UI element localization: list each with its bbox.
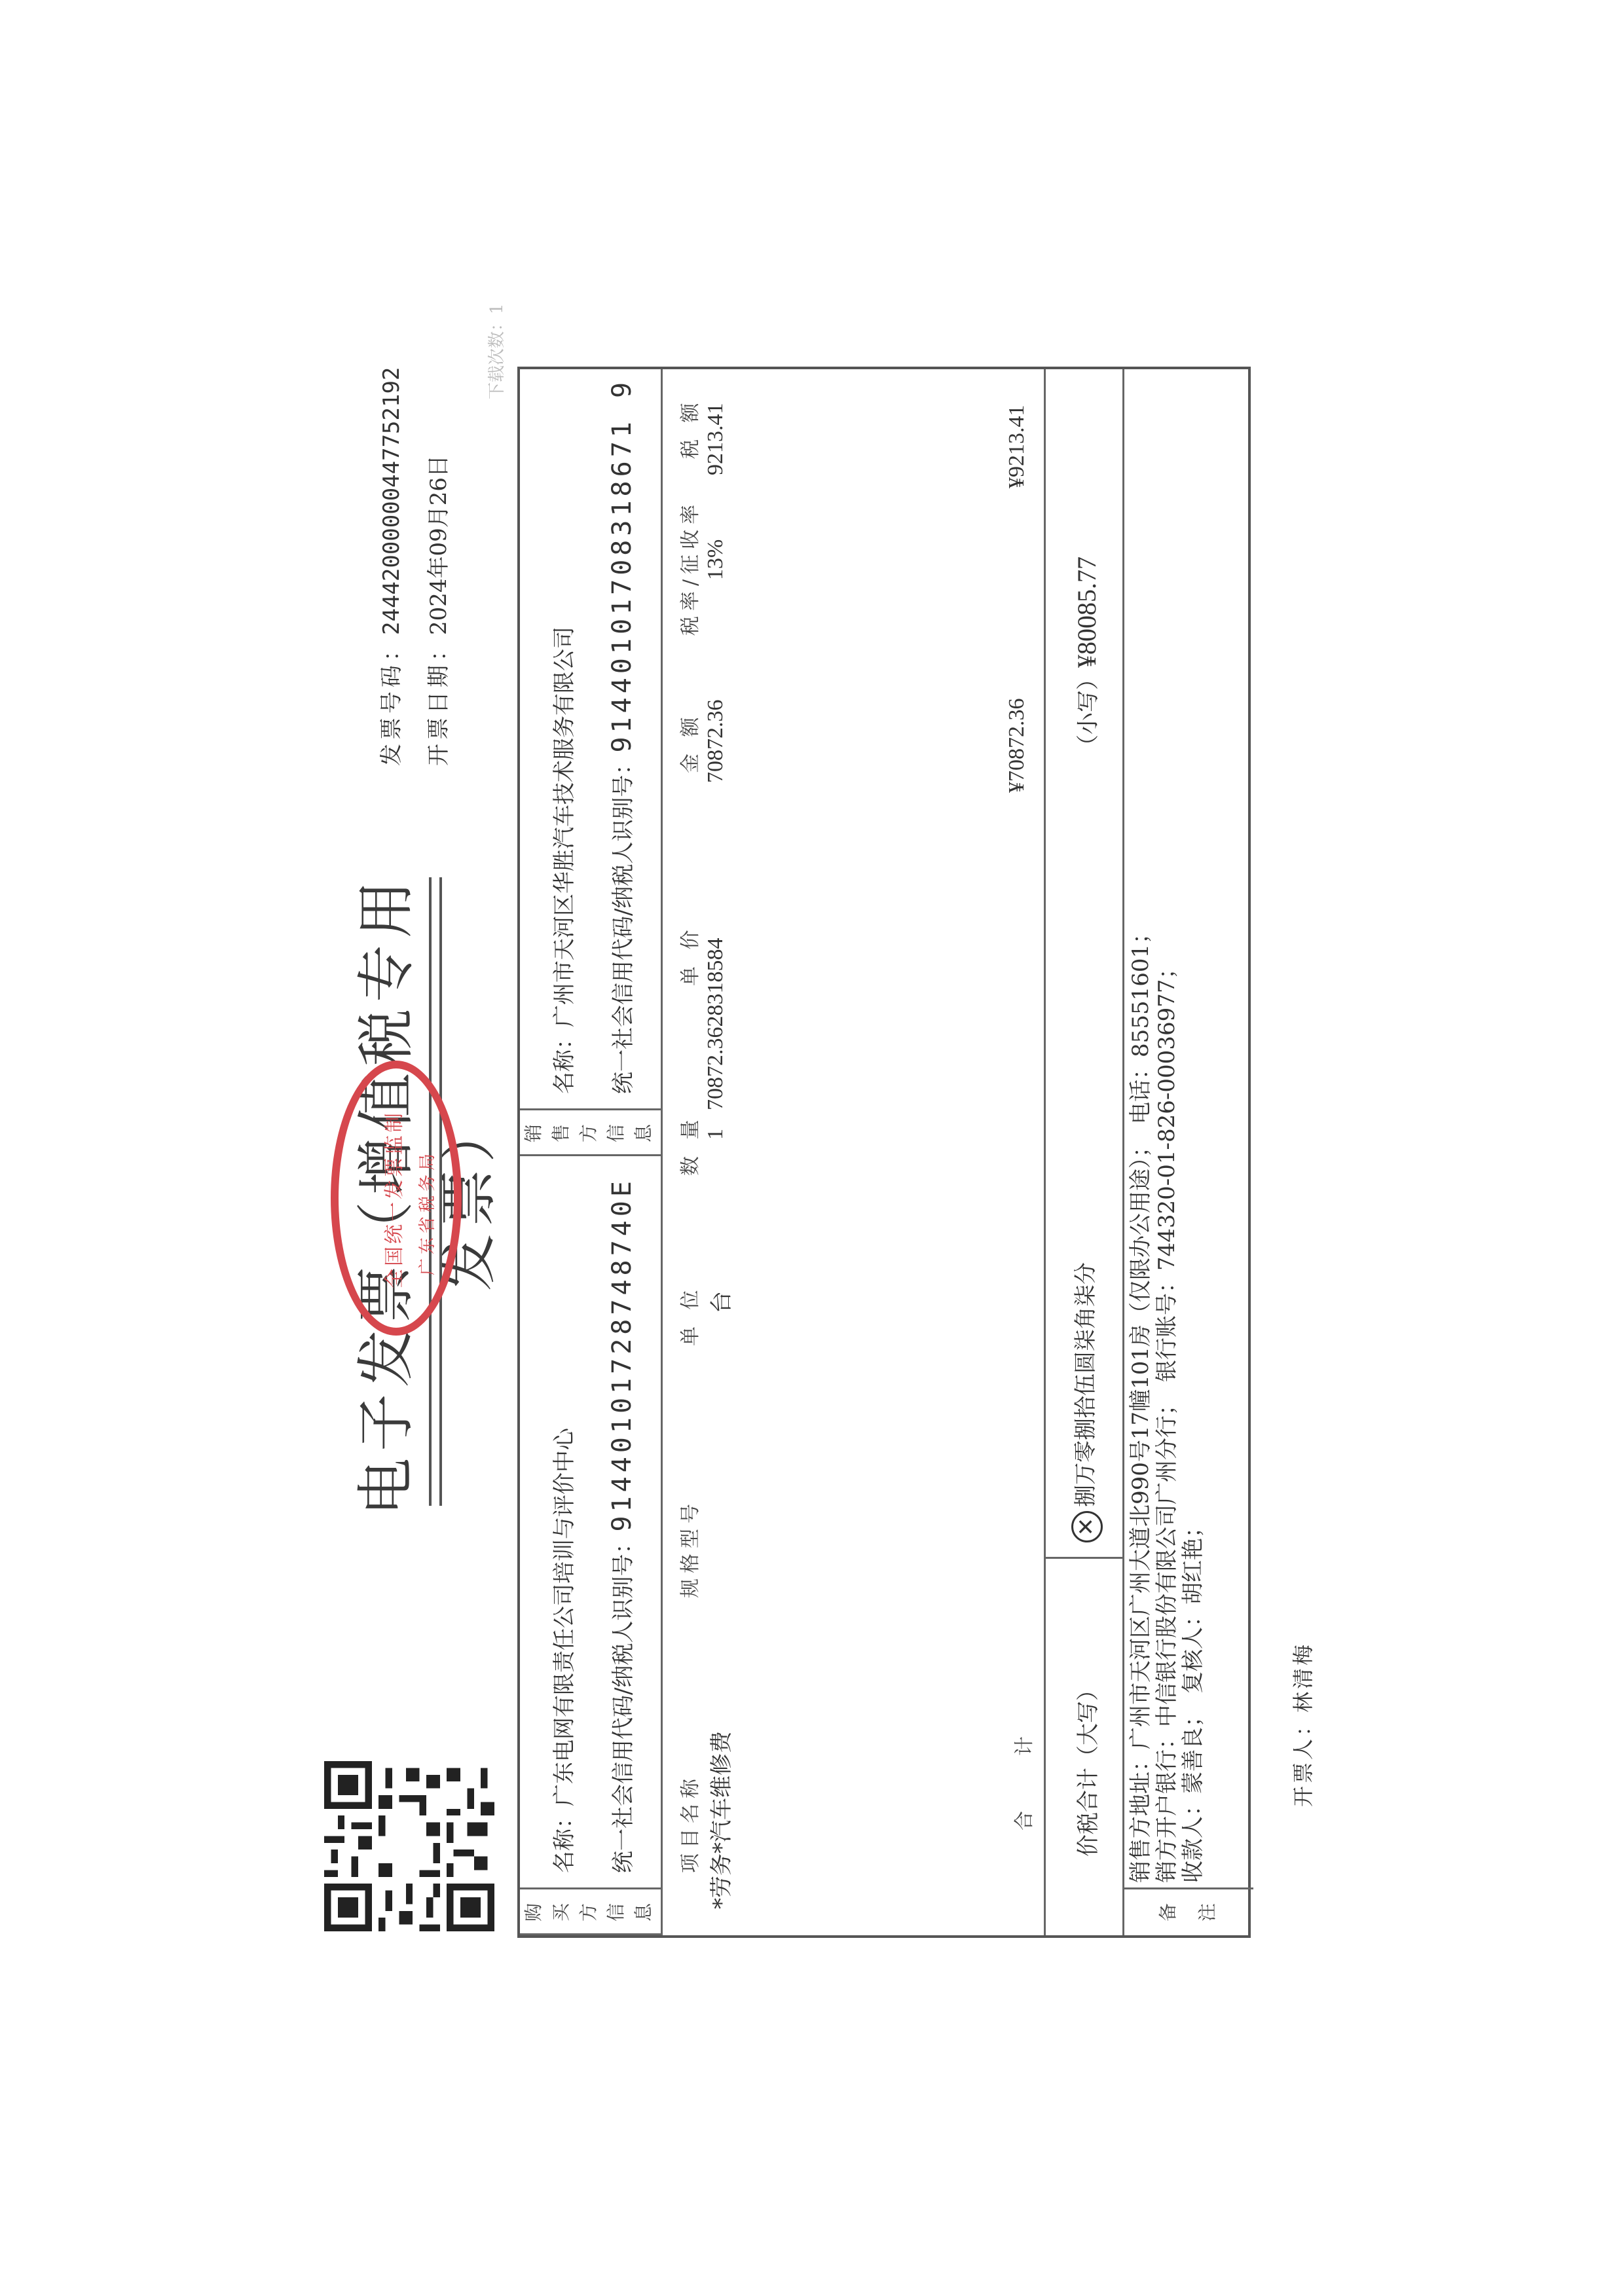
grand-total-small-label: （小写） bbox=[1075, 668, 1101, 757]
invoice-table: 购买方信息 名称：广东电网有限责任公司培训与评价中心 统一社会信用代码/纳税人识… bbox=[517, 367, 1251, 1938]
buyer-tax-id-line: 统一社会信用代码/纳税人识别号：91440101728748740E bbox=[605, 1177, 637, 1873]
cross-circle-icon: ✕ bbox=[1071, 1511, 1103, 1542]
seller-tax-id-line: 统一社会信用代码/纳税人识别号：91440101708318671 9 bbox=[605, 378, 637, 1094]
remark-line: 销售方地址：广州市天河区广州大道北990号17幢101房（仅限办公用途）； 电话… bbox=[1128, 922, 1154, 1883]
col-header-tax: 税 额 bbox=[674, 397, 703, 459]
grand-total-small: ¥80085.77 bbox=[1072, 556, 1101, 668]
invoice-date: 2024年09月26日 bbox=[426, 455, 452, 635]
invoice-date-label: 开票日期： bbox=[426, 635, 452, 766]
issuer-line: 开票人：林清梅 bbox=[1287, 1642, 1317, 1807]
buyer-name: 广东电网有限责任公司培训与评价中心 bbox=[551, 1428, 578, 1806]
grand-total-words-line: ✕捌万零捌拾伍圆柒角柒分 bbox=[1067, 1262, 1103, 1542]
remark-line: 销方开户银行：中信银行股份有限公司广州分行； 银行账号：744320-01-82… bbox=[1154, 957, 1180, 1883]
invoice-number-line: 发票号码：24442000000447752192 bbox=[373, 367, 405, 766]
total-tax: ¥9213.41 bbox=[1005, 405, 1029, 489]
totals-label: 合 计 bbox=[1008, 1731, 1037, 1831]
remarks-label: 备注 bbox=[1149, 1899, 1227, 1925]
invoice-date-line: 开票日期：2024年09月26日 bbox=[420, 455, 452, 766]
col-header-price: 单 价 bbox=[674, 924, 703, 986]
grand-total-label: 价税合计（大写） bbox=[1070, 1679, 1102, 1857]
invoice-number-label: 发票号码： bbox=[378, 635, 405, 766]
party-divider bbox=[661, 369, 663, 1935]
invoice-canvas: 电子发票（增值税专用发票） 全国统一发票监制 广东省税务局 发票号码：24442… bbox=[275, 262, 1323, 1964]
buyer-name-label: 名称： bbox=[551, 1806, 578, 1873]
seller-name-label: 名称： bbox=[551, 1027, 578, 1094]
seller-label-divider bbox=[520, 1108, 661, 1110]
item-name: *劳务*汽车维修费 bbox=[703, 1731, 735, 1909]
buyer-section-label: 购买方信息 bbox=[520, 1899, 657, 1925]
seller-tax-id-label: 统一社会信用代码/纳税人识别号： bbox=[610, 753, 637, 1094]
col-header-rate: 税率/征收率 bbox=[674, 500, 703, 636]
grand-total-divider bbox=[1122, 369, 1124, 1935]
col-header-qty: 数 量 bbox=[674, 1114, 703, 1176]
issuer-name: 林清梅 bbox=[1291, 1642, 1316, 1713]
item-rate: 13% bbox=[703, 539, 728, 580]
buyer-name-line: 名称：广东电网有限责任公司培训与评价中心 bbox=[546, 1428, 578, 1873]
buyer-label-divider bbox=[520, 1887, 661, 1889]
stamp-text-top: 全国统一发票监制 bbox=[378, 1110, 407, 1288]
tax-seal-stamp: 全国统一发票监制 广东省税务局 bbox=[331, 1061, 462, 1336]
col-header-unit: 单 位 bbox=[674, 1285, 703, 1346]
item-unit: 台 bbox=[703, 1291, 735, 1313]
item-amount: 70872.36 bbox=[703, 700, 728, 784]
seller-tax-id: 91440101708318671 9 bbox=[607, 378, 637, 753]
buyer-tax-id: 91440101728748740E bbox=[607, 1177, 637, 1531]
remark-line: 收款人：蒙善良； 复核人：胡红艳； bbox=[1180, 1516, 1206, 1883]
download-count: 下载次数：1 bbox=[483, 303, 507, 399]
grand-total-words: 捌万零捌拾伍圆柒角柒分 bbox=[1073, 1262, 1099, 1507]
issuer-label: 开票人： bbox=[1291, 1713, 1316, 1807]
totals-divider bbox=[1044, 369, 1046, 1935]
stamp-text-bottom: 广东省税务局 bbox=[414, 1150, 438, 1275]
seller-name-line: 名称：广州市天河区华胜汽车技术服务有限公司 bbox=[546, 627, 578, 1094]
grand-total-small-line: （小写）¥80085.77 bbox=[1070, 556, 1102, 757]
item-tax: 9213.41 bbox=[703, 403, 728, 476]
item-qty: 1 bbox=[703, 1129, 728, 1140]
total-amount: ¥70872.36 bbox=[1005, 699, 1029, 793]
qr-code-icon bbox=[324, 1758, 494, 1935]
seller-section-label: 销售方信息 bbox=[520, 1120, 657, 1146]
col-header-name: 项目名称 bbox=[674, 1774, 703, 1873]
party-split bbox=[520, 1154, 661, 1156]
col-header-spec: 规格型号 bbox=[674, 1499, 703, 1598]
seller-name: 广州市天河区华胜汽车技术服务有限公司 bbox=[551, 627, 578, 1027]
buyer-tax-id-label: 统一社会信用代码/纳税人识别号： bbox=[610, 1532, 637, 1873]
col-header-amount: 金 额 bbox=[674, 712, 703, 773]
invoice-number: 24442000000447752192 bbox=[378, 367, 405, 635]
item-price: 70872.3628318584 bbox=[703, 938, 728, 1111]
